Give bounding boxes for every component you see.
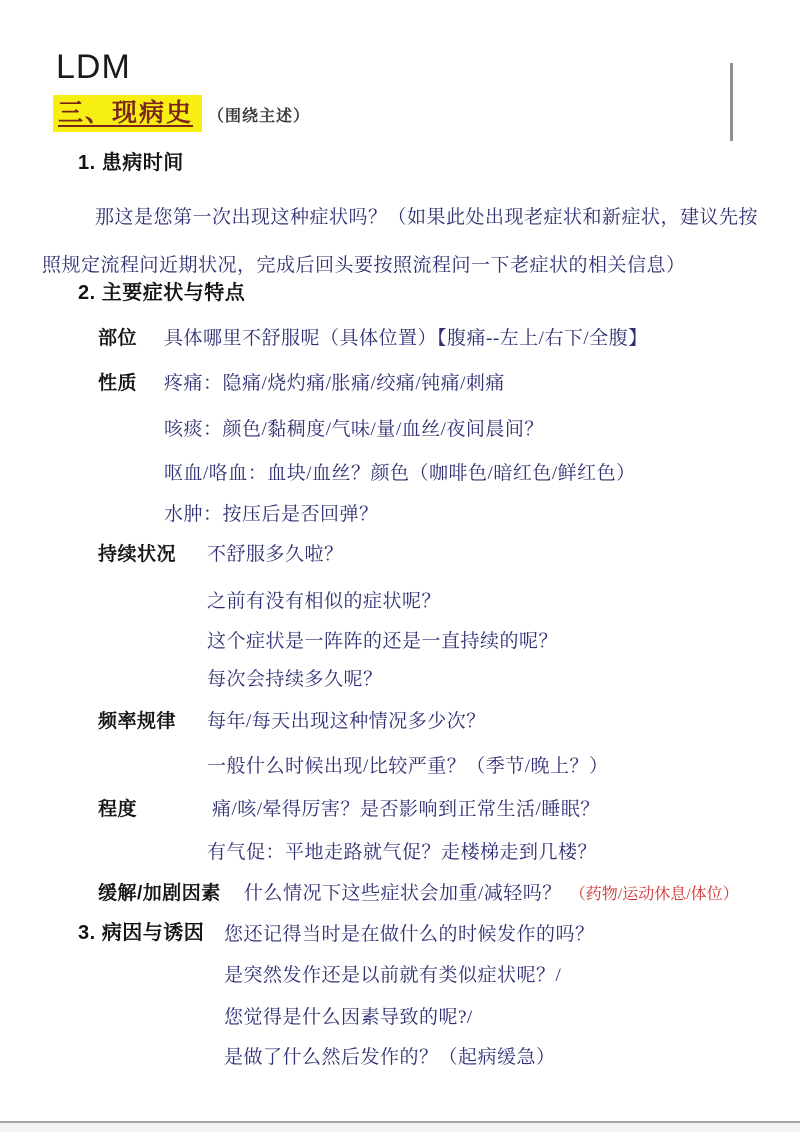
text-relief-question: 什么情况下这些症状会加重/减轻吗？: [244, 883, 562, 904]
label-frequency: 频率规律: [98, 710, 176, 734]
label-location: 部位: [98, 327, 137, 351]
text-relief-note: （药物/运动休息/体位）: [570, 886, 739, 903]
text-location: 具体哪里不舒服呢（具体位置）【腹痛--左上/右下/全腹】: [164, 327, 648, 351]
doc-title: LDM: [56, 46, 131, 89]
section-1-title: 1. 患病时间: [78, 151, 184, 176]
document-page: LDM 三、现病史（围绕主述） 1. 患病时间 那这是您第一次出现这种症状吗？（…: [0, 0, 800, 1132]
page-bottom-edge: [0, 1121, 800, 1132]
text-sputum: 咳痰：颜色/黏稠度/气味/量/血丝/夜间晨间？: [164, 418, 544, 442]
text-duration-3: 这个症状是一阵阵的还是一直持续的呢？: [207, 630, 558, 654]
text-frequency-2: 一般什么时候出现/比较严重？（季节/晚上？）: [207, 755, 609, 779]
text-duration-4: 每次会持续多久呢？: [207, 668, 383, 692]
text-cause-4: 是做了什么然后发作的？（起病缓急）: [224, 1046, 556, 1070]
label-severity: 程度: [98, 798, 137, 822]
paragraph-line-2: 照规定流程问近期状况，完成后回头要按照流程问一下老症状的相关信息）: [42, 254, 686, 278]
label-nature: 性质: [98, 372, 137, 396]
text-relief-row: 什么情况下这些症状会加重/减轻吗？（药物/运动休息/体位）: [244, 882, 739, 906]
text-edema: 水肿：按压后是否回弹？: [164, 503, 379, 527]
text-severity-1: 痛/咳/晕得厉害？是否影响到正常生活/睡眠？: [212, 798, 600, 822]
text-hematemesis: 呕血/咯血：血块/血丝？颜色（咖啡色/暗红色/鲜红色）: [164, 462, 636, 486]
page-edge-line: [730, 63, 733, 141]
text-duration-2: 之前有没有相似的症状呢？: [207, 590, 441, 614]
text-severity-2: 有气促：平地走路就气促？走楼梯走到几楼？: [207, 841, 597, 865]
text-cause-3: 您觉得是什么因素导致的呢?/: [224, 1006, 473, 1030]
label-duration: 持续状况: [98, 543, 176, 567]
section-heading-row: 三、现病史（围绕主述）: [53, 98, 310, 129]
section-heading-highlight: 三、现病史: [53, 95, 202, 132]
label-relief-factors: 缓解/加剧因素: [98, 882, 221, 906]
text-cause-1: 您还记得当时是在做什么的时候发作的吗？: [224, 923, 595, 947]
section-heading-note: （围绕主述）: [208, 108, 310, 125]
text-frequency-1: 每年/每天出现这种情况多少次？: [207, 710, 486, 734]
text-duration-1: 不舒服多久啦？: [207, 543, 344, 567]
section-2-title: 2. 主要症状与特点: [78, 281, 245, 306]
section-3-title: 3. 病因与诱因: [78, 921, 204, 946]
text-pain: 疼痛：隐痛/烧灼痛/胀痛/绞痛/钝痛/刺痛: [164, 372, 505, 396]
text-cause-2: 是突然发作还是以前就有类似症状呢？/: [224, 964, 561, 988]
paragraph-line-1: 那这是您第一次出现这种症状吗？（如果此处出现老症状和新症状，建议先按: [95, 206, 758, 230]
